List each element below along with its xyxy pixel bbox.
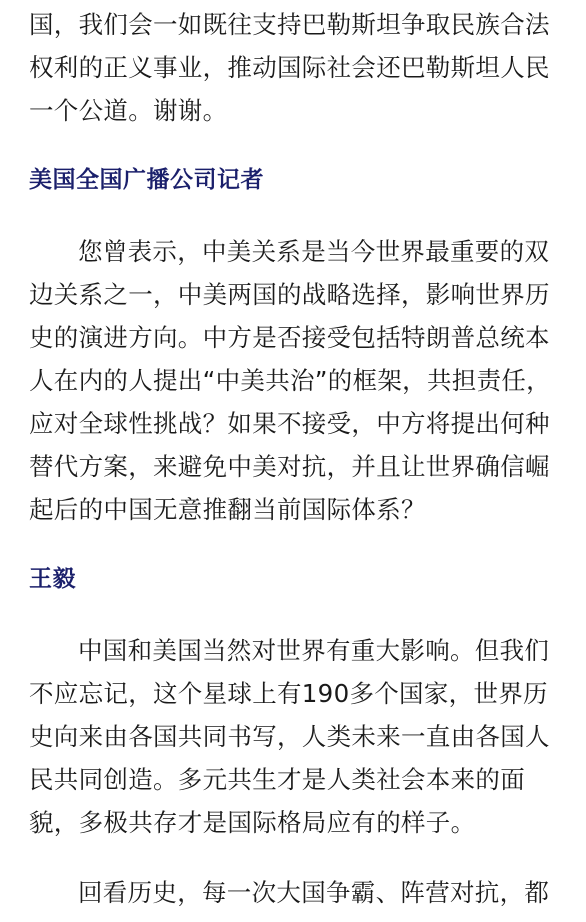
paragraph-line: 人在内的人提出“中美共治”的框架，共担责任， bbox=[29, 364, 551, 398]
paragraph-line: 您曾表示，中美关系是当今世界最重要的双 bbox=[78, 235, 549, 269]
paragraph-line: 国，我们会一如既往支持巴勒斯坦争取民族合法 bbox=[29, 8, 550, 42]
paragraph-line: 应对全球性挑战？如果不接受，中方将提出何种 bbox=[29, 407, 550, 441]
paragraph-line: 替代方案，来避免中美对抗，并且让世界确信崛 bbox=[29, 450, 550, 484]
paragraph-line: 民共同创造。多元共生才是人类社会本来的面 bbox=[29, 763, 525, 797]
paragraph-line: 貌，多极共存才是国际格局应有的样子。 bbox=[29, 806, 475, 840]
paragraph-line: 权利的正义事业，推动国际社会还巴勒斯坦人民 bbox=[29, 51, 550, 85]
paragraph-line: 史向来由各国共同书写，人类未来一直由各国人 bbox=[29, 720, 550, 754]
paragraph-line: 史的演进方向。中方是否接受包括特朗普总统本 bbox=[29, 321, 550, 355]
paragraph-line: 边关系之一，中美两国的战略选择，影响世界历 bbox=[29, 278, 550, 312]
paragraph-line: 中国和美国当然对世界有重大影响。但我们 bbox=[78, 634, 549, 668]
paragraph-line: 回看历史，每一次大国争霸、阵营对抗，都 bbox=[78, 876, 549, 910]
paragraph-line: 起后的中国无意推翻当前国际体系？ bbox=[29, 493, 426, 527]
speaker-heading: 王毅 bbox=[29, 562, 76, 596]
paragraph-line: 一个公道。谢谢。 bbox=[29, 94, 227, 128]
speaker-heading: 美国全国广播公司记者 bbox=[29, 163, 264, 197]
paragraph-line: 不应忘记，这个星球上有190多个国家，世界历 bbox=[29, 677, 548, 711]
